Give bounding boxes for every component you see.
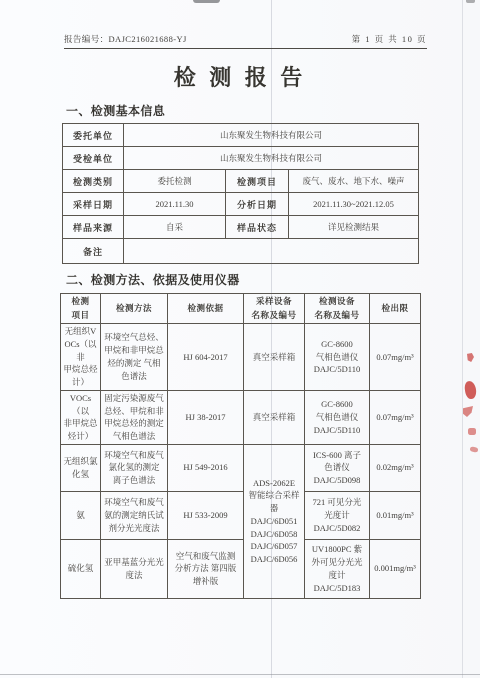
cell-device: 721 可见分光 光度计 DAJC/5D082 <box>305 491 370 539</box>
cell-device: ICS-600 离子 色谱仪 DAJC/5D098 <box>305 444 370 491</box>
cell-method: 环境空气总烃、 甲烷和非甲烷总 烃的测定 气相 色谱法 <box>101 324 168 391</box>
cell-limit: 0.001mg/m³ <box>370 539 421 598</box>
table-row: 备注 <box>63 239 419 264</box>
table-row: 硫化氢 亚甲基蓝分光光 度法 空气和废气监测 分析方法 第四版 增补版 UV18… <box>61 539 421 598</box>
row-value <box>124 239 419 264</box>
cell-item: 无组织V OCs（以非 甲烷总烃 计） <box>61 324 101 391</box>
page-indicator: 第 1 页 共 10 页 <box>352 33 427 45</box>
row-value: 委托检测 <box>124 170 226 193</box>
cell-device: GC-8600 气相色谱仪 DAJC/5D110 <box>305 324 370 391</box>
cell-method: 环境空气和废气 氨的测定纳氏试 剂分光光度法 <box>101 491 168 539</box>
table-row: 委托单位 山东聚发生物科技有限公司 <box>63 124 419 147</box>
cell-sampler: 真空采样箱 <box>244 324 305 391</box>
cell-item: VOCs（以 非甲烷总 烃计） <box>61 390 101 444</box>
row-value: 2021.11.30~2021.12.05 <box>289 193 419 216</box>
red-seal-fragment <box>464 380 477 399</box>
row-label: 样品状态 <box>226 216 289 239</box>
col-header-basis: 检测依据 <box>168 294 244 324</box>
cell-item: 无组织氯 化氢 <box>61 444 101 491</box>
row-value: 自采 <box>124 216 226 239</box>
row-label: 样品来源 <box>63 216 124 239</box>
cell-method: 环境空气和废气 氯化氢的测定 离子色谱法 <box>101 444 168 491</box>
scan-edge-line <box>462 0 463 678</box>
cell-limit: 0.02mg/m³ <box>370 444 421 491</box>
table-row: 氨 环境空气和废气 氨的测定纳氏试 剂分光光度法 HJ 533-2009 721… <box>61 491 421 539</box>
table-row: 无组织氯 化氢 环境空气和废气 氯化氢的测定 离子色谱法 HJ 549-2016… <box>61 444 421 491</box>
cell-method: 亚甲基蓝分光光 度法 <box>101 539 168 598</box>
methods-instruments-table: 检测 项目 检测方法 检测依据 采样设备 名称及编号 检测设备 名称及编号 检出… <box>60 293 421 599</box>
row-value: 2021.11.30 <box>124 193 226 216</box>
cell-item: 硫化氢 <box>61 539 101 598</box>
row-label: 备注 <box>63 239 124 264</box>
scan-smudge <box>466 0 475 3</box>
col-header-sampler: 采样设备 名称及编号 <box>244 294 305 324</box>
row-value: 山东聚发生物科技有限公司 <box>124 147 419 170</box>
row-label: 受检单位 <box>63 147 124 170</box>
cell-limit: 0.01mg/m³ <box>370 491 421 539</box>
scanned-report-page: 报告编号：DAJC216021688-YJ 第 1 页 共 10 页 检 测 报… <box>0 0 480 678</box>
row-label: 分析日期 <box>226 193 289 216</box>
table-header-row: 检测 项目 检测方法 检测依据 采样设备 名称及编号 检测设备 名称及编号 检出… <box>61 294 421 324</box>
cell-limit: 0.07mg/m³ <box>370 324 421 391</box>
cell-limit: 0.07mg/m³ <box>370 390 421 444</box>
report-number: 报告编号：DAJC216021688-YJ <box>64 33 187 45</box>
report-number-value: DAJC216021688-YJ <box>109 34 187 44</box>
col-header-item: 检测 项目 <box>61 294 101 324</box>
row-label: 委托单位 <box>63 124 124 147</box>
table-row: 受检单位 山东聚发生物科技有限公司 <box>63 147 419 170</box>
col-header-method: 检测方法 <box>101 294 168 324</box>
cell-basis: HJ 549-2016 <box>168 444 244 491</box>
table-row: 无组织V OCs（以非 甲烷总烃 计） 环境空气总烃、 甲烷和非甲烷总 烃的测定… <box>61 324 421 391</box>
page-bottom-edge <box>0 674 480 675</box>
section2-heading: 二、检测方法、依据及使用仪器 <box>66 271 240 288</box>
col-header-limit: 检出限 <box>370 294 421 324</box>
table-row: 采样日期 2021.11.30 分析日期 2021.11.30~2021.12.… <box>63 193 419 216</box>
section1-heading: 一、检测基本信息 <box>66 102 165 119</box>
cell-basis: HJ 533-2009 <box>168 491 244 539</box>
col-header-device: 检测设备 名称及编号 <box>305 294 370 324</box>
table-row: 检测类别 委托检测 检测项目 废气、废水、地下水、噪声 <box>63 170 419 193</box>
row-label: 采样日期 <box>63 193 124 216</box>
row-value: 山东聚发生物科技有限公司 <box>124 124 419 147</box>
row-label: 检测项目 <box>226 170 289 193</box>
cell-method: 固定污染源废气 总烃、甲烷和非 甲烷总烃的测定 气相色谱法 <box>101 390 168 444</box>
cell-basis: HJ 38-2017 <box>168 390 244 444</box>
cell-sampler: 真空采样箱 <box>244 390 305 444</box>
cell-sampler-merged: ADS-2062E 智能综合采样 器 DAJC/6D051 DAJC/6D058… <box>244 444 305 598</box>
cell-device: UV1800PC 紫 外可见分光光 度计 DAJC/5D183 <box>305 539 370 598</box>
red-seal-fragment <box>470 446 479 453</box>
scan-smudge <box>193 0 220 3</box>
red-seal-fragment <box>468 428 476 435</box>
row-label: 检测类别 <box>63 170 124 193</box>
report-title: 检 测 报 告 <box>0 61 480 92</box>
table-row: 样品来源 自采 样品状态 详见检测结果 <box>63 216 419 239</box>
row-value: 废气、废水、地下水、噪声 <box>289 170 419 193</box>
red-seal-fragment <box>467 353 474 362</box>
basic-info-table: 委托单位 山东聚发生物科技有限公司 受检单位 山东聚发生物科技有限公司 检测类别… <box>62 123 419 264</box>
page-header: 报告编号：DAJC216021688-YJ 第 1 页 共 10 页 <box>64 33 427 49</box>
cell-item: 氨 <box>61 491 101 539</box>
row-value: 详见检测结果 <box>289 216 419 239</box>
report-number-label: 报告编号： <box>64 34 109 44</box>
cell-basis: 空气和废气监测 分析方法 第四版 增补版 <box>168 539 244 598</box>
red-seal-fragment <box>463 406 473 417</box>
cell-device: GC-8600 气相色谱仪 DAJC/5D110 <box>305 390 370 444</box>
cell-basis: HJ 604-2017 <box>168 324 244 391</box>
table-row: VOCs（以 非甲烷总 烃计） 固定污染源废气 总烃、甲烷和非 甲烷总烃的测定 … <box>61 390 421 444</box>
